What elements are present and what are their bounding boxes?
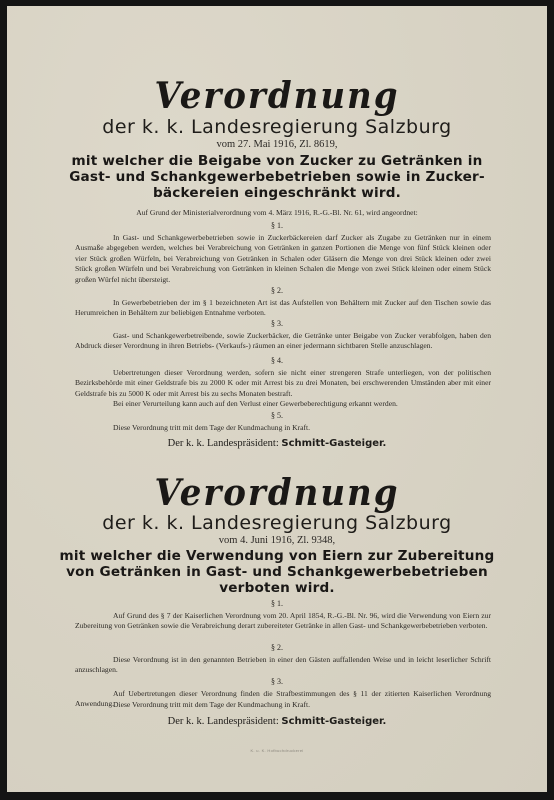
decree2-section-1-text: Auf Grund des § 7 der Kaiserlichen Veror… — [75, 611, 491, 632]
decree2-heading-line-1: mit welcher die Verwendung von Eiern zur… — [7, 549, 547, 564]
decree1-title: Verordnung — [7, 77, 547, 116]
decree2-section-2-label: § 2. — [7, 643, 547, 653]
decree1-heading-line-1: mit welcher die Beigabe von Zucker zu Ge… — [7, 154, 547, 169]
poster-sheet: Verordnung der k. k. Landesregierung Sal… — [7, 6, 547, 792]
signature-label: Der k. k. Landespräsident: — [168, 716, 279, 727]
signature-name: Schmitt-Gasteiger. — [281, 716, 386, 727]
decree1-heading-line-2: Gast- und Schankgewerbebetrieben sowie i… — [7, 170, 547, 185]
decree2-section-3-text-2: Diese Verordnung tritt mit dem Tage der … — [75, 700, 491, 710]
decree2-section-2-text: Diese Verordnung ist in den genannten Be… — [75, 655, 491, 676]
decree1-section-4-text-2: Bei einer Verurteilung kann auch auf den… — [75, 399, 491, 409]
decree1-section-3-label: § 3. — [7, 319, 547, 329]
decree1-section-4-label: § 4. — [7, 356, 547, 366]
decree1-preamble: Auf Grund der Ministerialverordnung vom … — [7, 208, 547, 218]
decree2-issuer: der k. k. Landesregierung Salzburg — [7, 512, 547, 534]
decree1-signature: Der k. k. Landespräsident: Schmitt-Gaste… — [7, 438, 547, 450]
printer-mark: K. u. K. Hofbuchdruckerei — [7, 748, 547, 753]
signature-name: Schmitt-Gasteiger. — [281, 438, 386, 449]
decree2-heading-line-2: von Getränken in Gast- und Schankgewerbe… — [7, 565, 547, 580]
decree1-section-2-text: In Gewerbebetrieben der im § 1 bezeichne… — [75, 298, 491, 319]
decree2-section-3-label: § 3. — [7, 677, 547, 687]
decree1-issuer: der k. k. Landesregierung Salzburg — [7, 116, 547, 138]
decree1-section-1-label: § 1. — [7, 221, 547, 231]
decree1-section-3-text: Gast- und Schankgewerbetreibende, sowie … — [75, 331, 491, 352]
decree2-section-1-label: § 1. — [7, 599, 547, 609]
decree2-signature: Der k. k. Landespräsident: Schmitt-Gaste… — [7, 716, 547, 728]
decree2-date-line: vom 4. Juni 1916, Zl. 9348, — [7, 535, 547, 547]
decree1-section-5-text: Diese Verordnung tritt mit dem Tage der … — [75, 423, 491, 433]
decree1-section-4-text: Uebertretungen dieser Verordnung werden,… — [75, 368, 491, 399]
decree1-section-1-text: In Gast- und Schankgewerbebetrieben sowi… — [75, 233, 491, 285]
decree2-heading-line-3: verboten wird. — [7, 581, 547, 596]
decree1-section-5-label: § 5. — [7, 411, 547, 421]
signature-label: Der k. k. Landespräsident: — [168, 438, 279, 449]
decree1-date-line: vom 27. Mai 1916, Zl. 8619, — [7, 139, 547, 151]
decree2-title: Verordnung — [7, 474, 547, 513]
decree1-section-2-label: § 2. — [7, 286, 547, 296]
decree1-heading-line-3: bäckereien eingeschränkt wird. — [7, 186, 547, 201]
